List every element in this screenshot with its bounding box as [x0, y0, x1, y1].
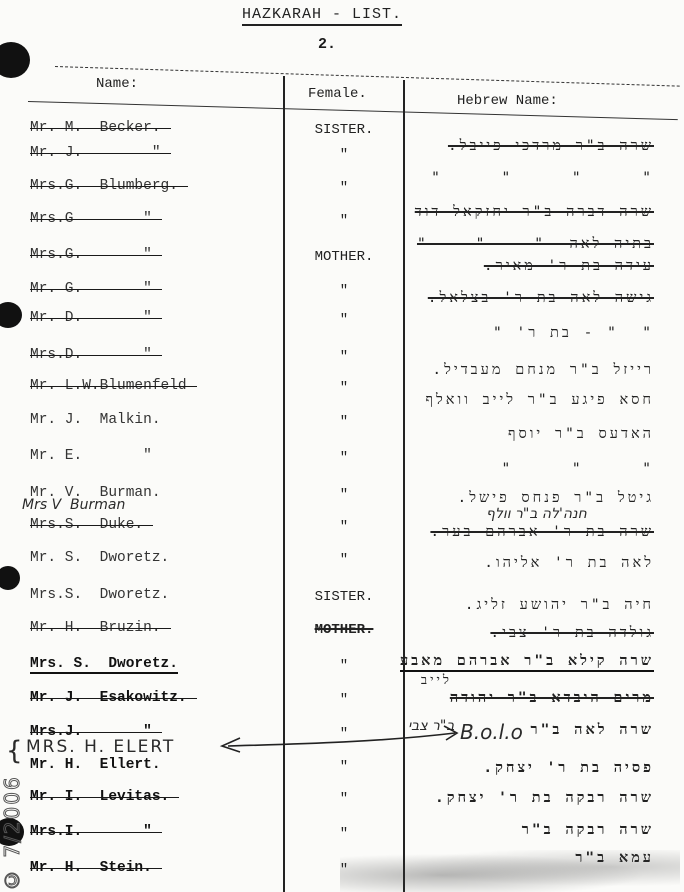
row-name: Mr. S. Dworetz. — [30, 550, 169, 566]
row-name: Mr. H. Ellert. — [30, 757, 161, 773]
row-name: Mrs.S. Dworetz. — [30, 587, 169, 603]
row-female-relation: " — [285, 450, 403, 466]
row-female-relation: " — [285, 552, 403, 568]
row-name: Mrs.D. " — [30, 347, 152, 363]
header-top-rule — [55, 66, 680, 87]
row-name: Mrs.I. " — [30, 824, 152, 840]
punch-hole-mark — [0, 566, 20, 590]
row-female-relation: " — [285, 726, 403, 742]
page-title: HAZKARAH - LIST. — [242, 6, 402, 26]
row-hebrew-name: שרה רבקה ב"ר — [522, 822, 654, 839]
row-female-relation: " — [285, 380, 403, 396]
column-header-name: Name: — [96, 76, 138, 92]
handwritten-ellert-name: MRS. H. ELERT — [26, 737, 175, 757]
row-name: Mr. H. Stein. — [30, 860, 152, 876]
row-hebrew-name: שרה רבקה בת ר' יצחק. — [435, 790, 654, 807]
row-hebrew-name: מרים היבדא ב"ר יהודה — [450, 690, 654, 707]
row-name: Mr. J. Esakowitz. — [30, 690, 187, 706]
handwritten-ellert-hebrew: B.o.l.o — [460, 720, 523, 744]
row-hebrew-name: גולדה בת ר' צבי. — [490, 625, 654, 642]
row-name: Mrs.G. Blumberg. — [30, 178, 178, 194]
row-female-relation: " — [285, 213, 403, 229]
row-name: Mrs.S. Duke. — [30, 517, 143, 533]
row-name: Mrs.G. " — [30, 247, 152, 263]
row-female-relation: MOTHER. — [285, 622, 403, 638]
row-female-relation: SISTER. — [285, 122, 403, 138]
row-name: Mr. L.W.Blumenfeld — [30, 378, 187, 394]
row-hebrew-name: עידה בת ר' מאיר. — [484, 258, 654, 275]
row-female-relation: " — [285, 826, 403, 842]
row-hebrew-name: שרה קילא ב"ר אברהם מאבע — [400, 653, 654, 672]
row-hebrew-name: פסיה בת ר' יצחק. — [483, 760, 654, 777]
scan-noise — [340, 850, 680, 892]
row-name: Mr. H. Bruzin. — [30, 620, 161, 636]
column-header-hebrew: Hebrew Name: — [457, 93, 558, 109]
row-hebrew-name: " " - בת ר' " — [493, 325, 654, 342]
row-hebrew-name: " " " — [502, 461, 655, 477]
row-female-relation: MOTHER. — [285, 249, 403, 265]
row-female-relation: " — [285, 519, 403, 535]
row-name: Mr. I. Levitas. — [30, 789, 169, 805]
row-female-relation: " — [285, 349, 403, 365]
row-female-relation: SISTER. — [285, 589, 403, 605]
row-female-relation: " — [285, 791, 403, 807]
row-name: Mr. D. " — [30, 310, 152, 326]
page-number: 2. — [318, 36, 336, 53]
row-hebrew-name: גיטל ב"ר פנחס פישל. — [458, 490, 654, 507]
row-female-relation: " — [285, 759, 403, 775]
row-hebrew-name: לאה בת ר' אליהו. — [484, 555, 654, 572]
header-bottom-rule — [28, 101, 678, 120]
row-hebrew-name: שרה דברה ב"ר יחזקאל דוד — [415, 204, 654, 221]
handwritten-burman-note: Mrs V Burman — [22, 497, 125, 513]
row-hebrew-name: רייזל ב"ר מנחם מעבדיל. — [432, 362, 654, 379]
side-stamp: © 7/2006 — [0, 700, 20, 892]
row-name: Mrs.G " — [30, 211, 152, 227]
handwritten-burman-hebrew: חנה'לה ב"ר וולף — [486, 506, 587, 522]
row-name: Mr. J. " — [30, 145, 161, 161]
row-female-relation: " — [285, 180, 403, 196]
punch-hole-mark — [0, 302, 22, 328]
row-female-relation: " — [285, 658, 403, 674]
handwritten-ellert-hebrew-note: ב"ר צבי — [408, 718, 454, 734]
column-header-female: Female. — [308, 86, 367, 102]
row-female-relation: " — [285, 692, 403, 708]
row-name: Mr. M. Becker. — [30, 120, 161, 136]
row-hebrew-name: חסא פיגע ב"ר לייב וואלף — [426, 392, 654, 409]
row-hebrew-name: גישה לאה בת ר' בצלאל. — [428, 290, 654, 307]
row-hebrew-name: שרה ב"ר מרדכי פייבל. — [448, 138, 654, 155]
row-name: Mr. J. Malkin. — [30, 412, 161, 428]
row-name: Mr. E. " — [30, 448, 152, 464]
document-page: HAZKARAH - LIST. 2. Name: Female. Hebrew… — [0, 0, 684, 892]
row-female-relation: " — [285, 487, 403, 503]
row-female-relation: " — [285, 147, 403, 163]
row-female-relation: " — [285, 312, 403, 328]
row-hebrew-name: חיה ב"ר יהושע זליג. — [465, 597, 654, 614]
row-female-relation: " — [285, 414, 403, 430]
row-name: Mrs. S. Dworetz. — [30, 656, 178, 674]
row-hebrew-name: בתיה לאה " " " — [417, 236, 654, 253]
row-hebrew-name: " " " " — [431, 170, 654, 186]
row-name: Mr. G. " — [30, 281, 152, 297]
row-female-relation: " — [285, 283, 403, 299]
ink-blot — [0, 42, 30, 78]
row-hebrew-name: שרה בת ר' אברהם בער. — [430, 524, 654, 541]
row-hebrew-name: האדעס ב"ר יוסף — [508, 426, 654, 443]
row-hebrew-name-continuation: לייב — [421, 672, 452, 688]
column-divider-female-hebrew — [403, 80, 405, 892]
row-hebrew-name: שרה לאה ב"ר — [531, 722, 654, 739]
